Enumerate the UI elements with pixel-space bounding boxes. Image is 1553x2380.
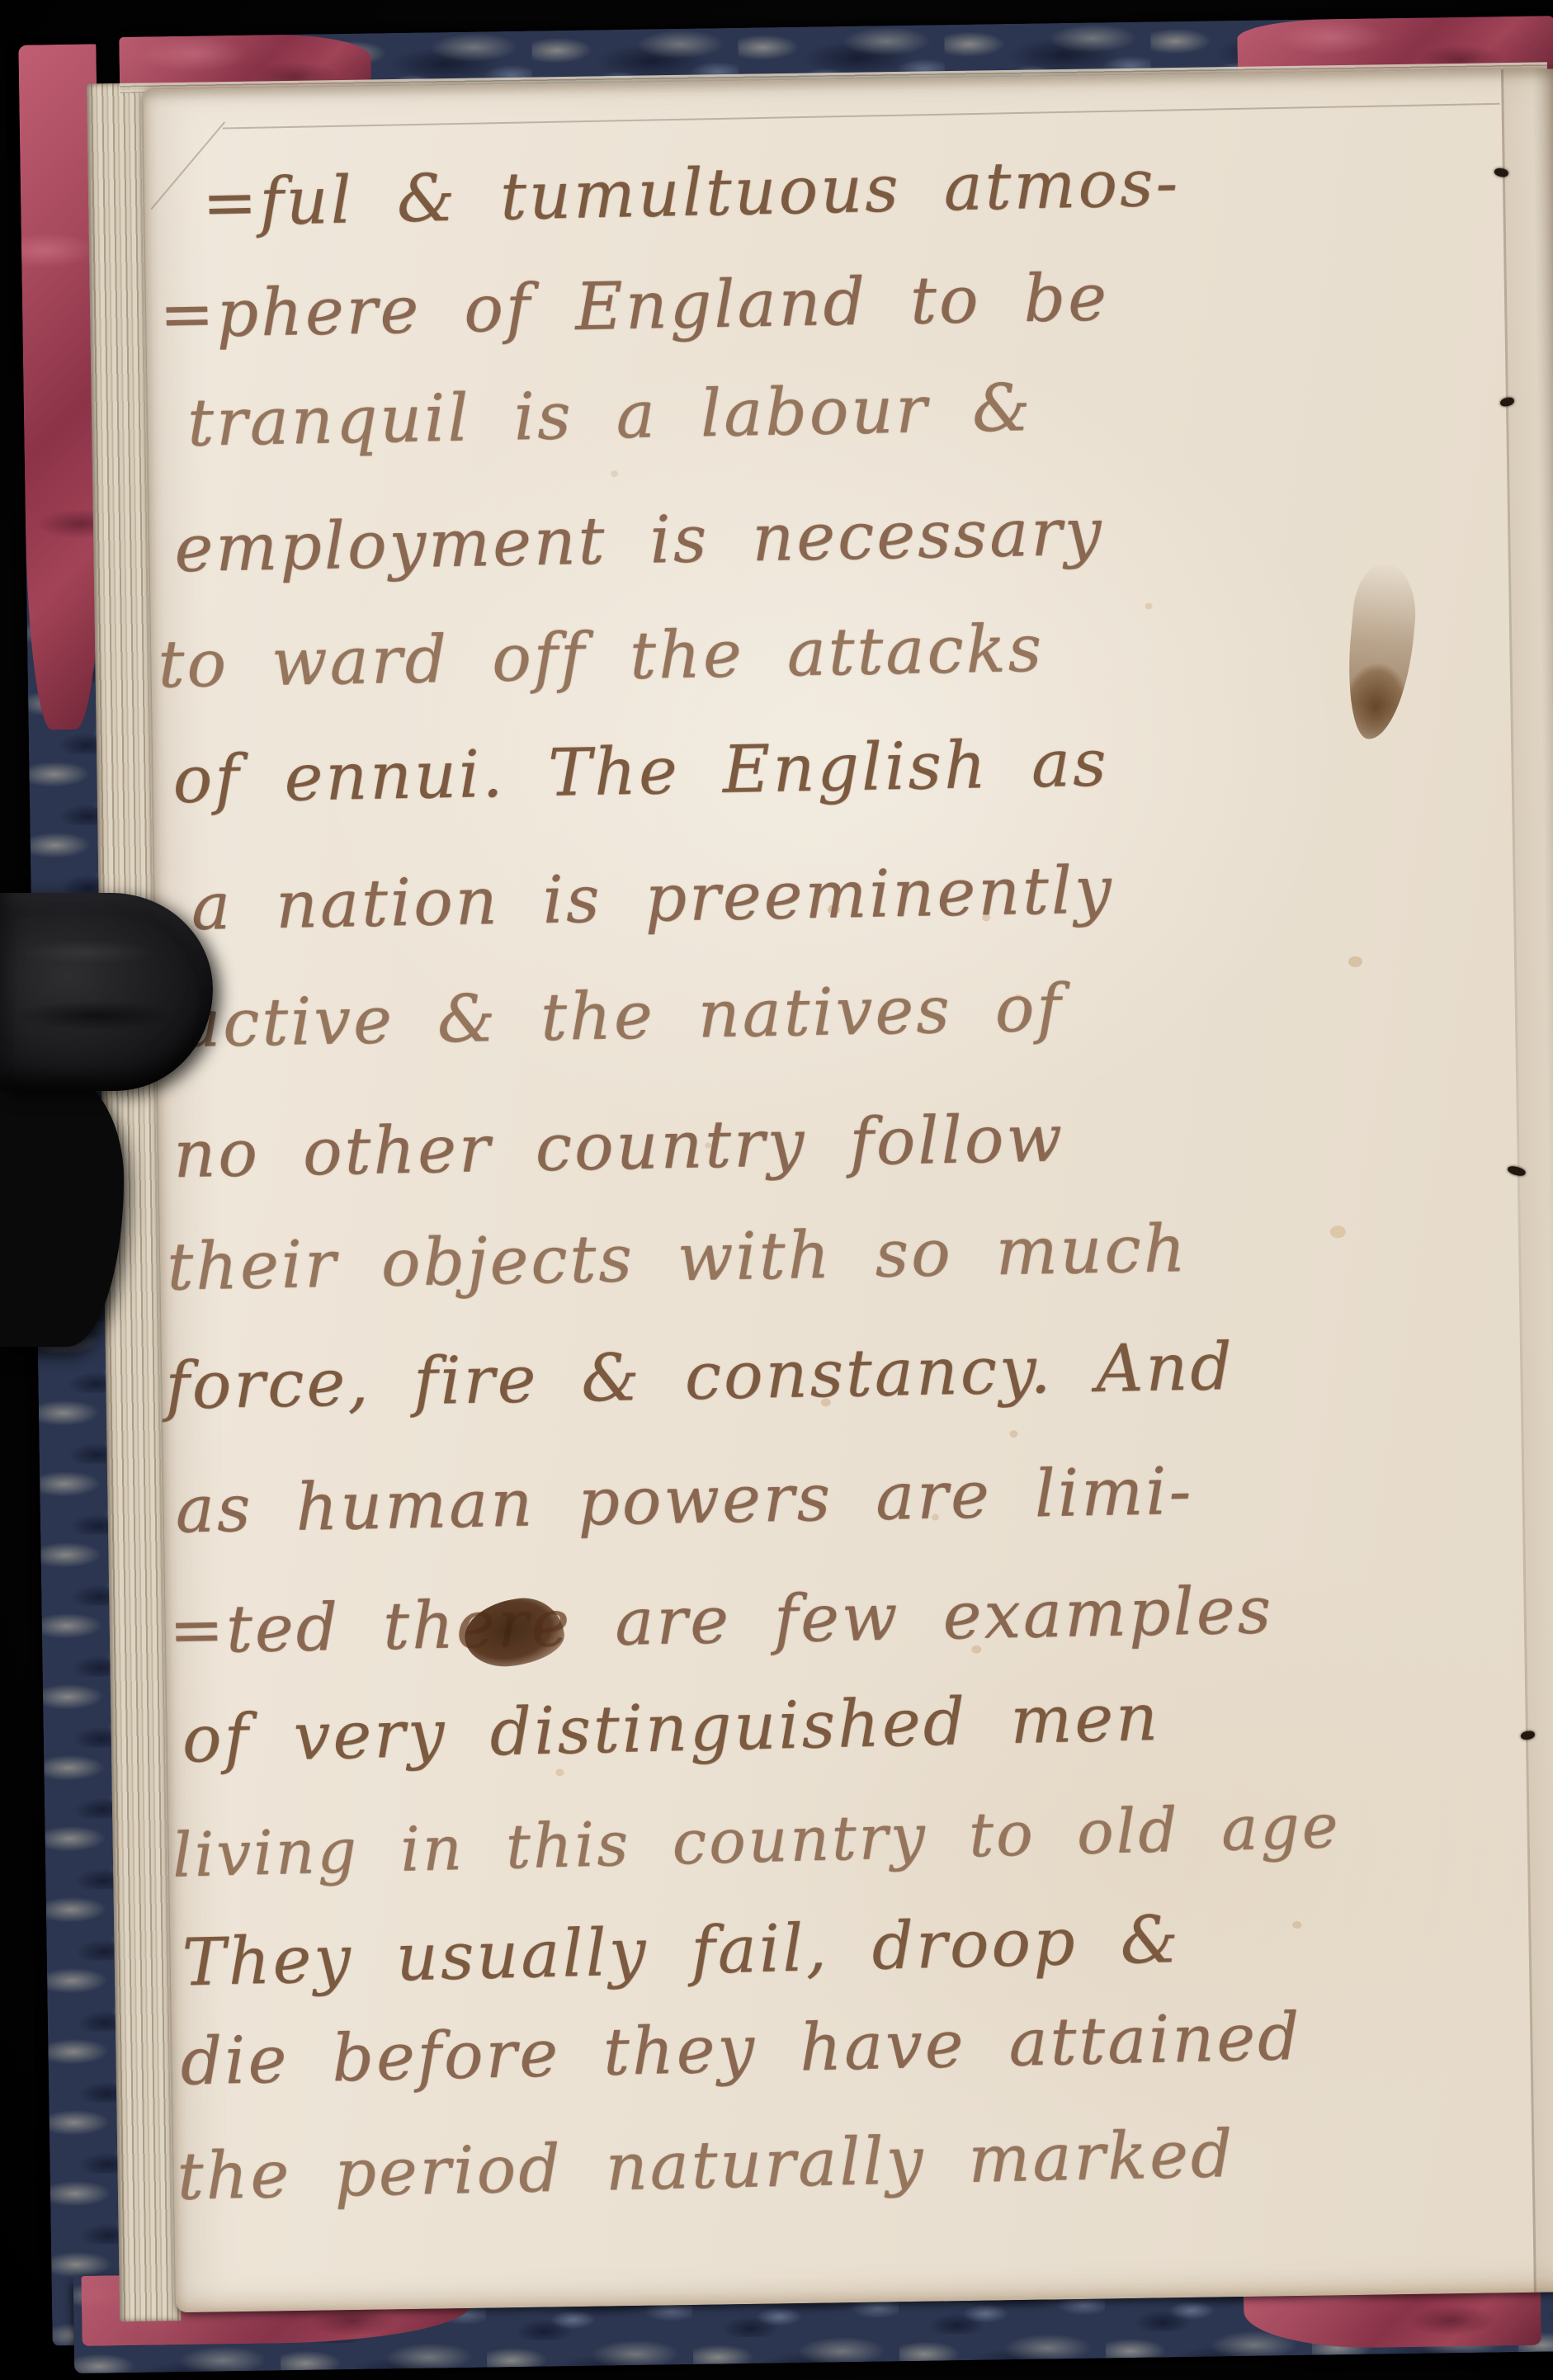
fox-spot	[1145, 602, 1153, 609]
handwriting-line: They usually fail, droop &	[182, 1907, 1182, 1995]
handwriting-line: active & the natives of	[181, 975, 1064, 1057]
handwriting-line: the period naturally marked	[177, 2122, 1235, 2210]
handwriting-line: =phere of England to be	[158, 265, 1109, 347]
handwriting-line: as human powers are limi-	[175, 1459, 1194, 1543]
handwriting-line: tranquil is a labour &	[186, 375, 1033, 456]
book: =ful & tumultuous atmos- =phere of Engla…	[3, 16, 1553, 2359]
handwriting-line: no other country follow	[173, 1106, 1065, 1188]
fox-spot	[611, 470, 618, 477]
fox-spot	[1292, 1921, 1301, 1929]
manuscript-page: =ful & tumultuous atmos- =phere of Engla…	[143, 68, 1553, 2312]
fox-spot	[1009, 1430, 1017, 1438]
handwriting-line: force, fire & constancy. And	[165, 1334, 1235, 1419]
manuscript-photo: =ful & tumultuous atmos- =phere of Engla…	[0, 0, 1553, 2380]
handwriting-line: employment is necessary	[174, 499, 1104, 582]
gloved-thumb	[0, 893, 213, 1091]
ink-smudge	[1342, 560, 1420, 742]
ruled-margin-line	[223, 103, 1500, 130]
fox-spot	[1330, 1225, 1346, 1238]
handwriting-line: die before they have attained	[180, 2005, 1303, 2095]
handwriting-line: to ward off the attacks	[158, 616, 1045, 698]
handwriting-line: =ted there are few examples	[168, 1578, 1274, 1664]
handwriting-line: =ful & tumultuous atmos-	[201, 150, 1180, 236]
handwriting-line: living in this country to old age	[172, 1796, 1341, 1887]
fox-spot	[555, 1768, 564, 1776]
handwriting-line: of ennui. The English as	[172, 730, 1109, 813]
fox-spot	[1348, 956, 1362, 967]
handwriting-line: a nation is preeminently	[191, 857, 1114, 939]
handwriting-line: of very distinguished men	[182, 1685, 1161, 1773]
handwriting-line: their objects with so much	[167, 1216, 1189, 1301]
